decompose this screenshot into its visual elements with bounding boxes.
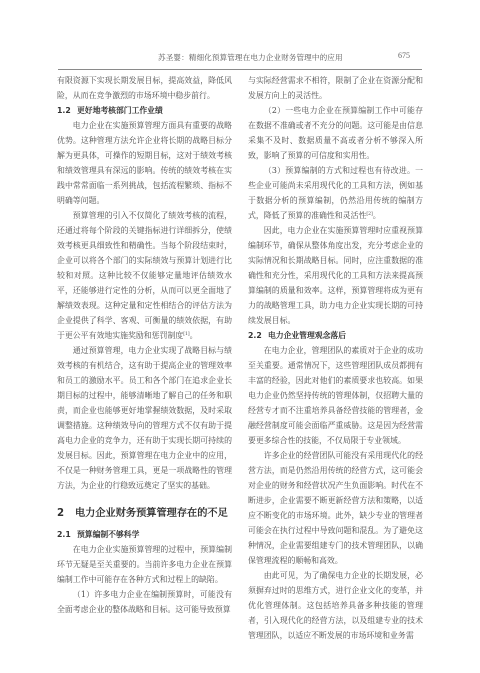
- paragraph: 许多企业的经营团队可能没有采用现代化的经营方法，而是仍然沿用传统的经营方式，这可…: [248, 448, 423, 568]
- paragraph-continued: 有限资源下实现长期发展目标，提高效益，降低风险，从而在竞争激烈的市场环境中稳步前…: [57, 73, 232, 103]
- section-title: 电力企业管理观念落后: [268, 331, 346, 340]
- paragraph: 因此，电力企业在实施预算管理时应重视预算编制环节，确保从整体角度出发，充分考虑企…: [248, 223, 423, 328]
- right-column: 与实际经营需求不相符，限制了企业在资源分配和发展方向上的灵活性。 （2）一些电力…: [248, 73, 423, 643]
- section-heading-2-2: 2.2电力企业管理观念落后: [248, 328, 423, 343]
- paragraph-continued: 与实际经营需求不相符，限制了企业在资源分配和发展方向上的灵活性。: [248, 73, 423, 103]
- running-header: 苏圣婴：精细化预算管理在电力企业财务管理中的应用 675: [58, 49, 422, 70]
- paragraph: （2）一些电力企业在预算编制工作中可能存在数据不准确或者不充分的问题。这可能是由…: [248, 103, 423, 163]
- paragraph: （3）预算编制的方式和过程也有待改进。一些企业可能尚未采用现代化的工具和方法，例…: [248, 163, 423, 223]
- paragraph: 由此可见，为了确保电力企业的长期发展，必须摒弃过时的思维方式，进行企业文化的变革…: [248, 568, 423, 643]
- section-heading-2: 2电力企业财务预算管理存在的不足: [57, 506, 232, 521]
- paragraph-text: 预算管理的引入不仅简化了绩效考核的流程，还通过将每个阶段的关键指标进行详细拆分，…: [57, 211, 232, 340]
- paragraph: 电力企业在实施预算管理方面具有重要的战略优势。这种管理方法允许企业将长期的战略目…: [57, 118, 232, 208]
- section-heading-1-2: 1.2更好地考核部门工作业绩: [57, 103, 232, 118]
- paragraph-end: 。: [373, 211, 381, 220]
- section-number: 2.1: [57, 527, 77, 542]
- paragraph-text: （3）预算编制的方式和过程也有待改进。一些企业可能尚未采用现代化的工具和方法，例…: [248, 166, 423, 220]
- section-title: 更好地考核部门工作业绩: [77, 106, 163, 115]
- section-number: 2: [57, 506, 75, 521]
- section-title: 电力企业财务预算管理存在的不足: [75, 508, 228, 519]
- paragraph: 在电力企业实施预算管理的过程中，预算编制环节无疑是至关重要的。当前许多电力企业在…: [57, 542, 232, 587]
- running-title: 苏圣婴：精细化预算管理在电力企业财务管理中的应用: [158, 52, 343, 63]
- left-column: 有限资源下实现长期发展目标，提高效益，降低风险，从而在竞争激烈的市场环境中稳步前…: [57, 73, 232, 617]
- paragraph: （1）许多电力企业在编制预算时，可能没有全面考虑企业的整体战略和目标。这可能导致…: [57, 587, 232, 617]
- paragraph-end: 。: [190, 331, 198, 340]
- paragraph: 通过预算管理，电力企业实现了战略目标与绩效考核的有机结合，这有助于提高企业的管理…: [57, 343, 232, 493]
- paragraph: 在电力企业，管理团队的素质对于企业的成功至关重要。通常情况下，这些管理团队成员都…: [248, 343, 423, 448]
- section-heading-2-1: 2.1预算编制不够科学: [57, 527, 232, 542]
- section-number: 2.2: [248, 328, 268, 343]
- paragraph: 预算管理的引入不仅简化了绩效考核的流程，还通过将每个阶段的关键指标进行详细拆分，…: [57, 208, 232, 343]
- page-number: 675: [398, 51, 410, 60]
- section-number: 1.2: [57, 103, 77, 118]
- section-title: 预算编制不够科学: [77, 530, 139, 539]
